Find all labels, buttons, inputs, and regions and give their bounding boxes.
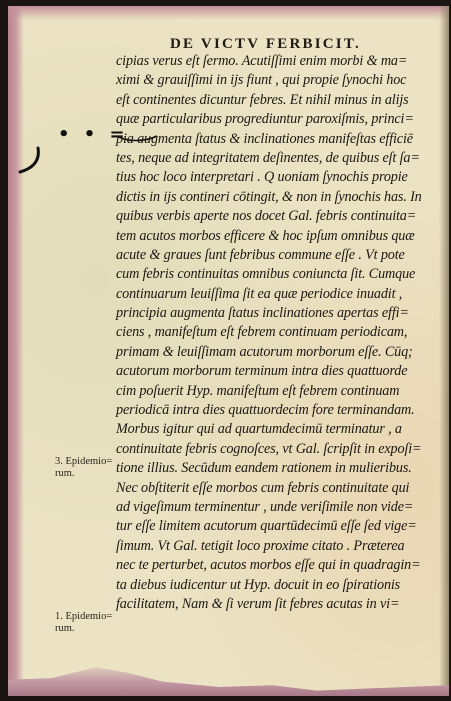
text-line: continuitate febris cognoſces, vt Gal. ſ…: [116, 440, 434, 459]
edge-stain-top: [8, 6, 449, 20]
text-line: ciens , manifeſtum eſt febrem continuam …: [116, 323, 434, 342]
text-line: cim poſuerit Hyp. manifeſtum eſt febrem …: [116, 382, 434, 401]
body-text: cipias verus eſt ſermo. Acutiſſimi enim …: [116, 52, 434, 614]
text-line: primam & leuiſſimam acutorum morborum eſ…: [116, 343, 434, 362]
text-line: continuarum leuiſſima ſit ea quæ periodi…: [116, 285, 434, 304]
text-line: tur eſſe limitem acutorum quartūdecimū e…: [116, 517, 434, 536]
text-line: ſimum. Vt Gal. tetigit loco proxime cita…: [116, 537, 434, 556]
manuscript-ink-hook-icon: [16, 146, 42, 176]
running-header: DE VICTV FERBICIT.: [170, 36, 361, 53]
text-line: principia augmenta ſtatus inclinationes …: [116, 304, 434, 323]
text-line: quæ particularibus progrediuntur paroxiſ…: [116, 110, 434, 129]
margin-note-line: rum.: [55, 468, 112, 480]
book-page: DE VICTV FERBICIT. • • = cipias verus eſ…: [8, 6, 449, 696]
margin-note-epidemiorum-1: 1. Epidemio= rum.: [55, 611, 112, 635]
text-line: ta diebus iudicentur ut Hyp. docuit in e…: [116, 576, 434, 595]
text-line: acutorum morborum terminum intra dies qu…: [116, 362, 434, 381]
text-line: periodicā intra dies quattuordecim fore …: [116, 401, 434, 420]
edge-stain-right: [439, 6, 449, 696]
text-line: dictis in ijs contineri cōtingit, & non …: [116, 188, 434, 207]
margin-note-epidemiorum-3: 3. Epidemio= rum.: [55, 456, 112, 480]
text-line: ad vigeſimum terminentur , unde veriſimi…: [116, 498, 434, 517]
text-line: acute & graues ſunt febribus commune eſſ…: [116, 246, 434, 265]
text-line: Nec obſtiterit eſſe morbos cum febris co…: [116, 479, 434, 498]
text-line: pia augmenta ſtatus & inclinationes mani…: [116, 130, 434, 149]
margin-note-line: 1. Epidemio=: [55, 611, 112, 623]
edge-stain-left: [8, 6, 24, 696]
text-line: tem acutos morbos efficere & hoc ipſum o…: [116, 227, 434, 246]
text-line: ximi & grauiſſimi in ijs fiunt , qui pro…: [116, 71, 434, 90]
text-line: eſt continentes dicuntur febres. Et nihi…: [116, 91, 434, 110]
margin-note-line: 3. Epidemio=: [55, 456, 112, 468]
text-line: tes, neque ad integritatem deſinentes, d…: [116, 149, 434, 168]
text-line: cipias verus eſt ſermo. Acutiſſimi enim …: [116, 52, 434, 71]
text-line: nec te perturbet, acutos morbos eſſe qui…: [116, 556, 434, 575]
text-line: cum febris continuitas omnibus coniuncta…: [116, 265, 434, 284]
text-line: facilitatem, Nam & ſi verum ſit febres a…: [116, 595, 434, 614]
text-line: quibus verbis aperte nos docet Gal. febr…: [116, 207, 434, 226]
edge-stain-bottom: [8, 660, 449, 696]
margin-note-line: rum.: [55, 623, 112, 635]
text-line: tione illius. Secūdum eandem rationem in…: [116, 459, 434, 478]
text-line: Morbus igitur qui ad quartumdecimū termi…: [116, 420, 434, 439]
text-line: tius hoc loco interpretari . Q uoniam ſy…: [116, 168, 434, 187]
